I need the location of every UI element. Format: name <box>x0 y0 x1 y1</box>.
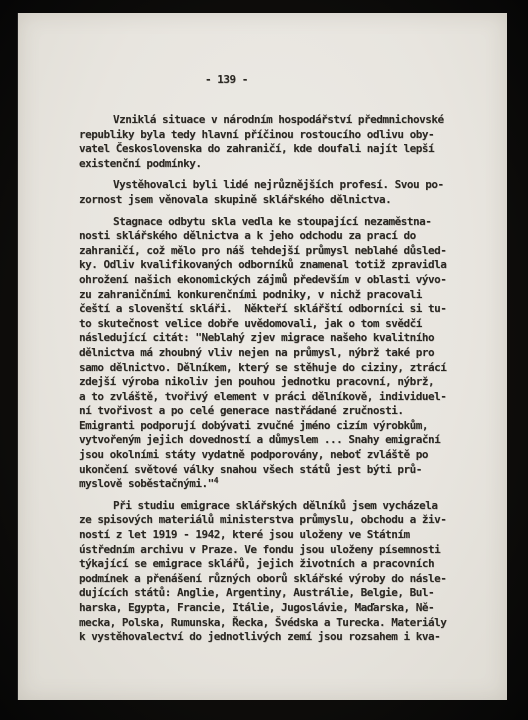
text-line: harska, Egypta, Francie, Itálie, Jugoslá… <box>79 601 479 616</box>
text-line: zdejší výroba nikoliv jen pouhou jednotk… <box>79 375 479 390</box>
text-line: čeští a slovenští skláři. Někteří sklářš… <box>79 302 479 317</box>
text-line: následující citát: "Neblahý zjev migrace… <box>79 331 479 346</box>
text-line: dělnictva má zhoubný vliv nejen na průmy… <box>79 346 479 361</box>
paragraph-2: Vystěhovalci byli lidé nejrůznějších pro… <box>79 178 479 207</box>
text-line: Při studiu emigrace sklářských dělníků j… <box>79 499 479 514</box>
paragraph-1: Vzniklá situace v národním hospodářství … <box>79 113 479 171</box>
text-line: ukončení světové války snahou všech stát… <box>79 463 479 478</box>
text-line: republiky byla tedy hlavní příčinou rost… <box>79 128 479 143</box>
text-line: vytvořeným jejich dovedností a důmyslem … <box>79 433 479 448</box>
paragraph-3: Stagnace odbytu skla vedla ke stoupající… <box>79 215 479 492</box>
text-line: ky. Odliv kvalifikovaných odborníků znam… <box>79 258 479 273</box>
text-line: vatel Československa do zahraničí, kde d… <box>79 142 479 157</box>
text-line: týkající se emigrace sklářů, jejich živo… <box>79 557 479 572</box>
text-line: ohrožení našich ekonomických zájmů přede… <box>79 273 479 288</box>
text-line: zahraničí, což mělo pro náš tehdejší prů… <box>79 244 479 259</box>
text-line: Vystěhovalci byli lidé nejrůznějších pro… <box>79 178 479 193</box>
text-line: nosti sklářského dělnictva a k jeho odch… <box>79 229 479 244</box>
text-line: to skutečnost velice dobře uvědomovali, … <box>79 317 479 332</box>
text-line: a to zvláště, tvořivý element v práci dě… <box>79 390 479 405</box>
text-line: Stagnace odbytu skla vedla ke stoupající… <box>79 215 479 230</box>
text-line: samo dělnictvo. Dělníkem, který se stěhu… <box>79 361 479 376</box>
page-content: - 139 - Vzniklá situace v národním hospo… <box>79 73 479 645</box>
text-line: jsou okolními státy vydatně podporovány,… <box>79 448 479 463</box>
footnote-reference: 4 <box>214 476 219 485</box>
text-line: ností z let 1919 - 1942, které jsou ulož… <box>79 528 479 543</box>
quote-closing-text: myslově soběstačnými." <box>79 477 214 490</box>
text-line: zu zahraničními konkurenčními podniky, v… <box>79 288 479 303</box>
text-line: Emigranti podporují dobývati zvučné jmén… <box>79 419 479 434</box>
text-line: Vzniklá situace v národním hospodářství … <box>79 113 479 128</box>
text-line: ní tvořivost a po celé generace nastřáda… <box>79 404 479 419</box>
text-line: podmínek a přenášení různých oborů sklář… <box>79 572 479 587</box>
text-line: dujících států: Anglie, Argentiny, Austr… <box>79 586 479 601</box>
text-line: existenční podmínky. <box>79 157 479 172</box>
text-line: k vystěhovalectví do jednotlivých zemí j… <box>79 630 479 645</box>
page-number: - 139 - <box>205 73 479 87</box>
text-line: ze spisových materiálů ministerstva prům… <box>79 513 479 528</box>
text-line: mecka, Polska, Rumunska, Řecka, Švédska … <box>79 616 479 631</box>
paragraph-4: Při studiu emigrace sklářských dělníků j… <box>79 499 479 645</box>
document-page: - 139 - Vzniklá situace v národním hospo… <box>18 13 507 700</box>
text-line-with-footnote: myslově soběstačnými."4 <box>79 477 479 492</box>
text-line: zornost jsem věnovala skupině sklářského… <box>79 193 479 208</box>
text-line: ústředním archivu v Praze. Ve fondu jsou… <box>79 543 479 558</box>
